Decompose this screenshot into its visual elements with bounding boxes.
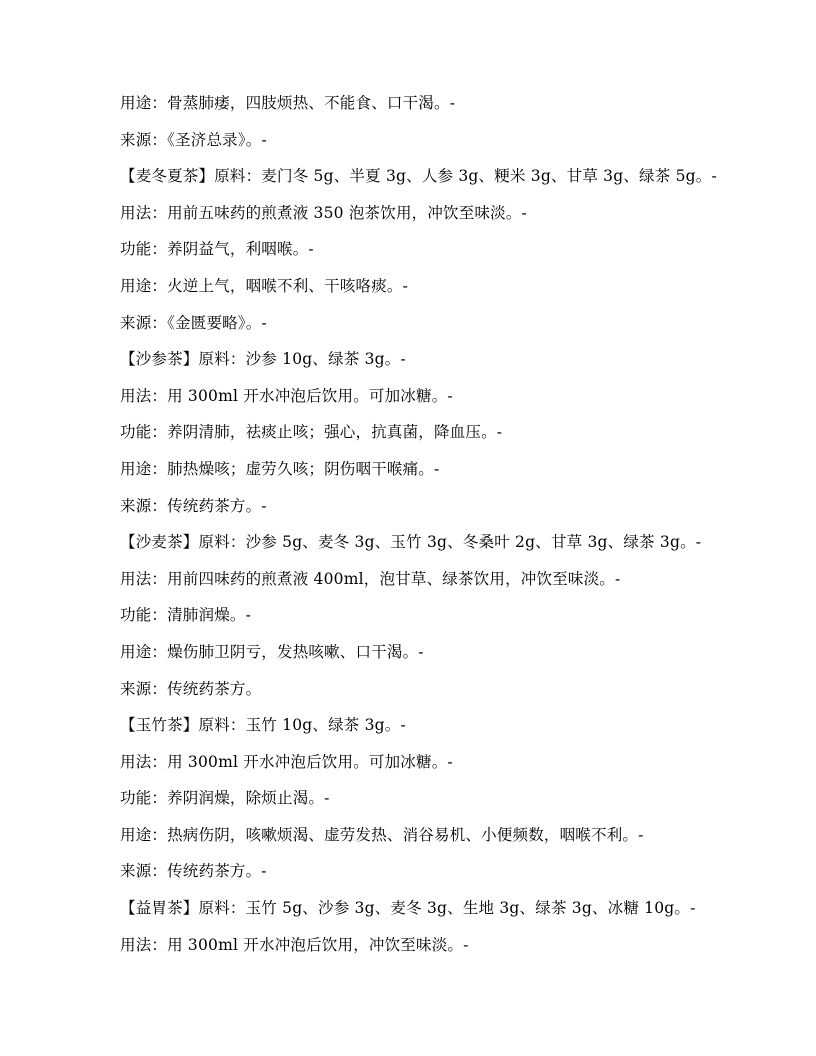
paragraph: 用法：用 300ml 开水冲泡后饮用。可加冰糖。- bbox=[120, 378, 700, 415]
paragraph: 来源：传统药茶方。- bbox=[120, 488, 700, 525]
paragraph: 用途：肺热燥咳；虚劳久咳；阴伤咽干喉痛。- bbox=[120, 451, 700, 488]
document-body: 用途：骨蒸肺痿，四肢烦热、不能食、口干渴。- 来源：《圣济总录》。- 【麦冬夏茶… bbox=[120, 85, 700, 963]
paragraph: 【沙参茶】原料：沙参 10g、绿茶 3g。- bbox=[120, 341, 700, 378]
paragraph: 【玉竹茶】原料：玉竹 10g、绿茶 3g。- bbox=[120, 707, 700, 744]
paragraph: 功能：养阴润燥，除烦止渴。- bbox=[120, 780, 700, 817]
paragraph: 【益胃茶】原料：玉竹 5g、沙参 3g、麦冬 3g、生地 3g、绿茶 3g、冰糖… bbox=[120, 890, 700, 927]
paragraph: 用法：用前五味药的煎煮液 350 泡茶饮用，冲饮至味淡。- bbox=[120, 195, 700, 232]
paragraph: 【麦冬夏茶】原料：麦门冬 5g、半夏 3g、人参 3g、粳米 3g、甘草 3g、… bbox=[120, 158, 700, 195]
paragraph: 功能：养阴清肺，祛痰止咳；强心，抗真菌，降血压。- bbox=[120, 414, 700, 451]
paragraph: 用途：火逆上气，咽喉不利、干咳咯痰。- bbox=[120, 268, 700, 305]
paragraph: 功能：养阴益气，利咽喉。- bbox=[120, 231, 700, 268]
paragraph: 来源：传统药茶方。- bbox=[120, 853, 700, 890]
paragraph: 用法：用 300ml 开水冲泡后饮用，冲饮至味淡。- bbox=[120, 927, 700, 964]
paragraph: 来源：《金匮要略》。- bbox=[120, 305, 700, 342]
paragraph: 用法：用 300ml 开水冲泡后饮用。可加冰糖。- bbox=[120, 744, 700, 781]
paragraph: 用途：骨蒸肺痿，四肢烦热、不能食、口干渴。- bbox=[120, 85, 700, 122]
paragraph: 来源：《圣济总录》。- bbox=[120, 122, 700, 159]
paragraph: 用途：燥伤肺卫阴亏，发热咳嗽、口干渴。- bbox=[120, 634, 700, 671]
paragraph: 功能：清肺润燥。- bbox=[120, 597, 700, 634]
document-page: 用途：骨蒸肺痿，四肢烦热、不能食、口干渴。- 来源：《圣济总录》。- 【麦冬夏茶… bbox=[0, 0, 816, 1056]
paragraph: 来源：传统药茶方。 bbox=[120, 671, 700, 708]
paragraph: 【沙麦茶】原料：沙参 5g、麦冬 3g、玉竹 3g、冬桑叶 2g、甘草 3g、绿… bbox=[120, 524, 700, 561]
paragraph: 用法：用前四味药的煎煮液 400ml，泡甘草、绿茶饮用，冲饮至味淡。- bbox=[120, 561, 700, 598]
paragraph: 用途：热病伤阴，咳嗽烦渴、虚劳发热、消谷易机、小便频数，咽喉不利。- bbox=[120, 817, 700, 854]
